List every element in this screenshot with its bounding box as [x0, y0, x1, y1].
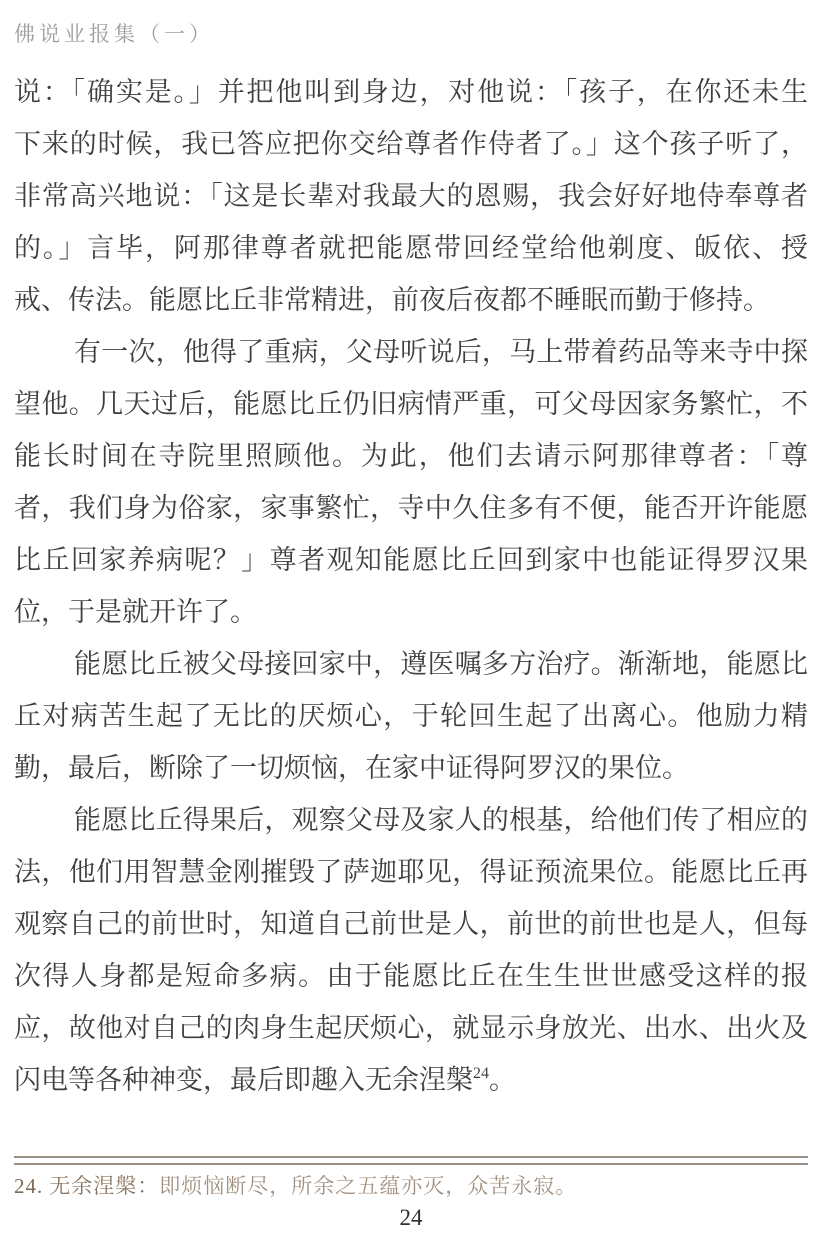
text-line: 比丘回家养病呢？」尊者观知能愿比丘回到家中也能证得罗汉果: [14, 534, 808, 586]
page-number: 24: [0, 1205, 822, 1231]
text-line: 下来的时候，我已答应把你交给尊者作侍者了。」这个孩子听了，: [14, 118, 808, 170]
text-line: 有一次，他得了重病，父母听说后，马上带着药品等来寺中探: [14, 326, 808, 378]
text-line: 能愿比丘被父母接回家中，遵医嘱多方治疗。渐渐地，能愿比: [14, 638, 808, 690]
text-line: 说：「确实是。」并把他叫到身边，对他说：「孩子，在你还未生: [14, 66, 808, 118]
running-header: 佛说业报集（一）: [14, 18, 214, 48]
footnote-term: 无余涅槃：: [49, 1174, 159, 1198]
text-line: 应，故他对自己的肉身生起厌烦心，就显示身放光、出水、出火及: [14, 1002, 808, 1054]
text-line: 位，于是就开许了。: [14, 586, 808, 638]
footnote-ref: 24: [473, 1065, 489, 1082]
text-line: 丘对病苦生起了无比的厌烦心，于轮回生起了出离心。他励力精: [14, 690, 808, 742]
text-line: 望他。几天过后，能愿比丘仍旧病情严重，可父母因家务繁忙，不: [14, 378, 808, 430]
text-line: 观察自己的前世时，知道自己前世是人，前世的前世也是人，但每: [14, 898, 808, 950]
body-text: 说：「确实是。」并把他叫到身边，对他说：「孩子，在你还未生下来的时候，我已答应把…: [14, 66, 808, 1106]
paragraph: 能愿比丘得果后，观察父母及家人的根基，给他们传了相应的法，他们用智慧金刚摧毁了萨…: [14, 794, 808, 1106]
text-line: 次得人身都是短命多病。由于能愿比丘在生生世世感受这样的报: [14, 950, 808, 1002]
paragraph: 有一次，他得了重病，父母听说后，马上带着药品等来寺中探望他。几天过后，能愿比丘仍…: [14, 326, 808, 638]
text-line: 戒、传法。能愿比丘非常精进，前夜后夜都不睡眠而勤于修持。: [14, 274, 808, 326]
paragraph: 能愿比丘被父母接回家中，遵医嘱多方治疗。渐渐地，能愿比丘对病苦生起了无比的厌烦心…: [14, 638, 808, 794]
footnote-separator: [14, 1156, 808, 1165]
text-line: 能长时间在寺院里照顾他。为此，他们去请示阿那律尊者：「尊: [14, 430, 808, 482]
text-line: 的。」言毕，阿那律尊者就把能愿带回经堂给他剃度、皈依、授: [14, 222, 808, 274]
text-segment: 闪电等各种神变，最后即趣入无余涅槃: [14, 1065, 473, 1095]
paragraph: 说：「确实是。」并把他叫到身边，对他说：「孩子，在你还未生下来的时候，我已答应把…: [14, 66, 808, 326]
document-page: 佛说业报集（一） 说：「确实是。」并把他叫到身边，对他说：「孩子，在你还未生下来…: [0, 0, 822, 1245]
footnote-definition: 即烦恼断尽，所余之五蕴亦灭，众苦永寂。: [159, 1174, 577, 1198]
text-line: 闪电等各种神变，最后即趣入无余涅槃24。: [14, 1054, 808, 1106]
text-line: 勤，最后，断除了一切烦恼，在家中证得阿罗汉的果位。: [14, 742, 808, 794]
text-segment: 。: [489, 1065, 516, 1095]
text-line: 者，我们身为俗家，家事繁忙，寺中久住多有不便，能否开许能愿: [14, 482, 808, 534]
text-line: 非常高兴地说：「这是长辈对我最大的恩赐，我会好好地侍奉尊者: [14, 170, 808, 222]
text-line: 能愿比丘得果后，观察父母及家人的根基，给他们传了相应的: [14, 794, 808, 846]
text-line: 法，他们用智慧金刚摧毁了萨迦耶见，得证预流果位。能愿比丘再: [14, 846, 808, 898]
footnote: 24.无余涅槃：即烦恼断尽，所余之五蕴亦灭，众苦永寂。: [14, 1170, 808, 1202]
footnote-number: 24.: [14, 1174, 43, 1198]
